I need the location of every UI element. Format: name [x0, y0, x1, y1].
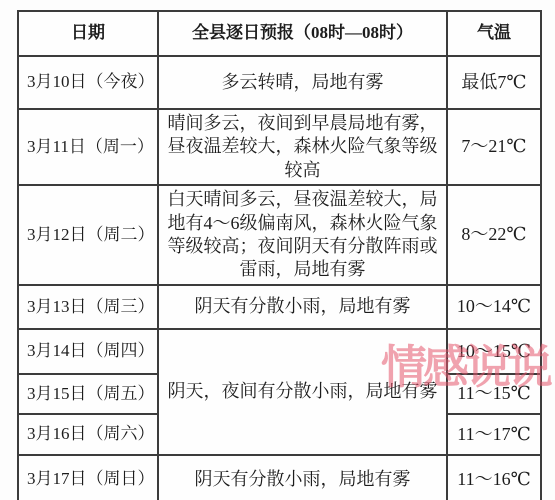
forecast-cell-merged: 阴天，夜间有分散小雨，局地有雾 — [158, 329, 447, 455]
temp-cell: 11～17℃ — [447, 414, 541, 455]
weather-forecast-table: 日期 全县逐日预报（08时—08时） 气温 3月10日（今夜） 多云转晴，局地有… — [17, 10, 542, 500]
temp-cell: 10～14℃ — [447, 285, 541, 329]
table-row: 3月13日（周三） 阴天有分散小雨，局地有雾 10～14℃ — [18, 285, 541, 329]
date-cell: 3月16日（周六） — [18, 414, 158, 455]
date-cell: 3月14日（周四） — [18, 329, 158, 374]
date-cell: 3月12日（周二） — [18, 185, 158, 285]
date-cell: 3月13日（周三） — [18, 285, 158, 329]
table-row: 3月10日（今夜） 多云转晴，局地有雾 最低7℃ — [18, 56, 541, 109]
temp-cell: 11～16℃ — [447, 455, 541, 500]
date-cell: 3月10日（今夜） — [18, 56, 158, 109]
temp-cell: 7～21℃ — [447, 109, 541, 185]
date-cell: 3月17日（周日） — [18, 455, 158, 500]
header-date: 日期 — [18, 11, 158, 56]
forecast-cell: 阴天有分散小雨，局地有雾 — [158, 285, 447, 329]
forecast-cell: 多云转晴，局地有雾 — [158, 56, 447, 109]
table-row: 3月12日（周二） 白天晴间多云，昼夜温差较大，局地有4～6级偏南风，森林火险气… — [18, 185, 541, 285]
table-row: 3月11日（周一） 晴间多云，夜间到早晨局地有雾，昼夜温差较大，森林火险气象等级… — [18, 109, 541, 185]
table-header-row: 日期 全县逐日预报（08时—08时） 气温 — [18, 11, 541, 56]
forecast-cell: 白天晴间多云，昼夜温差较大，局地有4～6级偏南风，森林火险气象等级较高；夜间阴天… — [158, 185, 447, 285]
table-row: 3月17日（周日） 阴天有分散小雨，局地有雾 11～16℃ — [18, 455, 541, 500]
forecast-cell: 晴间多云，夜间到早晨局地有雾，昼夜温差较大，森林火险气象等级较高 — [158, 109, 447, 185]
header-forecast: 全县逐日预报（08时—08时） — [158, 11, 447, 56]
temp-cell: 8～22℃ — [447, 185, 541, 285]
temp-cell: 10～15℃ — [447, 329, 541, 374]
forecast-cell: 阴天有分散小雨，局地有雾 — [158, 455, 447, 500]
date-cell: 3月15日（周五） — [18, 374, 158, 414]
temp-cell: 最低7℃ — [447, 56, 541, 109]
date-cell: 3月11日（周一） — [18, 109, 158, 185]
temp-cell: 11～15℃ — [447, 374, 541, 414]
header-temp: 气温 — [447, 11, 541, 56]
table-row: 3月14日（周四） 阴天，夜间有分散小雨，局地有雾 10～15℃ — [18, 329, 541, 374]
